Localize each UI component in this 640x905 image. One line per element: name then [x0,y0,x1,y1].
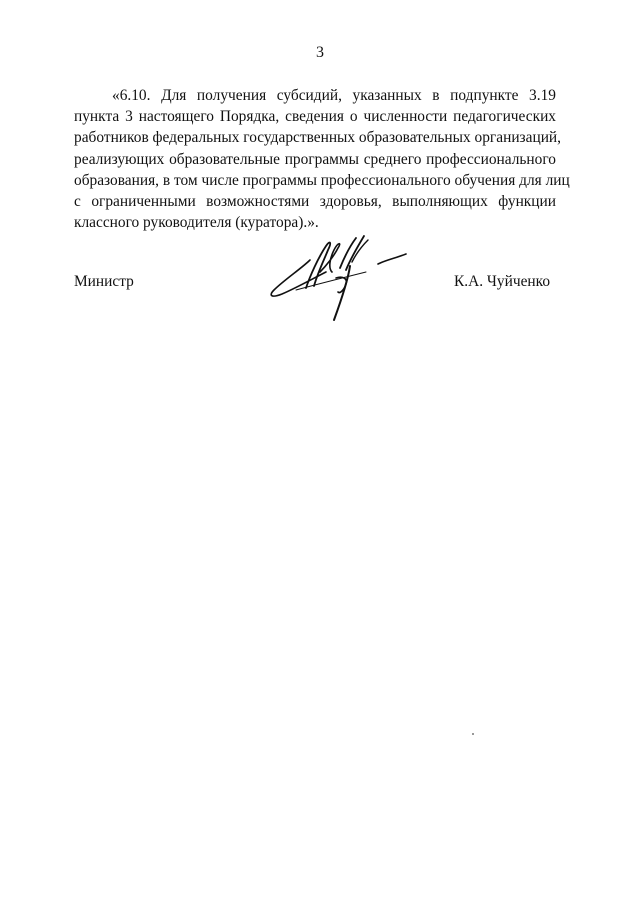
paragraph-line: «6.10. Для получения субсидий, указанных… [74,85,556,106]
scan-artifact [472,733,474,735]
page-number: 3 [0,44,640,62]
paragraph-line: с ограниченными возможностями здоровья, … [74,191,556,212]
signatory-name: К.А. Чуйченко [454,273,550,291]
paragraph-line: классного руководителя (куратора).». [74,212,556,233]
paragraph-line: образования, в том числе программы профе… [74,170,556,191]
handwritten-signature-icon [262,232,422,324]
paragraph-line: пункта 3 настоящего Порядка, сведения о … [74,106,556,127]
paragraph-line: работников федеральных государственных о… [74,127,556,148]
paragraph-6-10: «6.10. Для получения субсидий, указанных… [74,85,556,233]
signatory-role: Министр [74,273,134,291]
paragraph-line: реализующих образовательные программы ср… [74,149,556,170]
